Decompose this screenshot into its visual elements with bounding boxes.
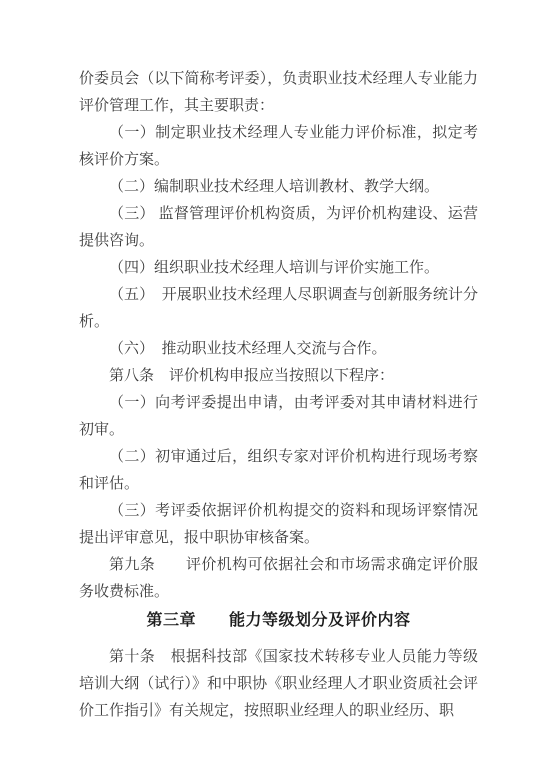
paragraph-duty-6: （六） 推动职业技术经理人交流与合作。: [79, 336, 478, 363]
document-body: 价委员会（以下简称考评委），负责职业技术经理人专业能力评价管理工作，其主要职责：…: [79, 66, 478, 725]
chapter-heading: 第三章 能力等级划分及评价内容: [79, 608, 478, 634]
document-page: 价委员会（以下简称考评委），负责职业技术经理人专业能力评价管理工作，其主要职责：…: [0, 0, 553, 782]
paragraph-duty-2: （二）编制职业技术经理人培训教材、教学大纲。: [79, 174, 478, 201]
paragraph-duty-1: （一）制定职业技术经理人专业能力评价标准，拟定考核评价方案。: [79, 120, 478, 174]
paragraph-article-10: 第十条 根据科技部《国家技术转移专业人员能力等级培训大纲（试行）》和中职协《职业…: [79, 644, 478, 725]
paragraph-duty-3: （三） 监督管理评价机构资质，为评价机构建设、运营提供咨询。: [79, 201, 478, 255]
paragraph-duty-4: （四）组织职业技术经理人培训与评价实施工作。: [79, 255, 478, 282]
paragraph-procedure-1: （一）向考评委提出申请，由考评委对其申请材料进行初审。: [79, 390, 478, 444]
paragraph-continuation: 价委员会（以下简称考评委），负责职业技术经理人专业能力评价管理工作，其主要职责：: [79, 66, 478, 120]
paragraph-article-8: 第八条 评价机构申报应当按照以下程序：: [79, 363, 478, 390]
paragraph-procedure-2: （二）初审通过后，组织专家对评价机构进行现场考察和评估。: [79, 444, 478, 498]
paragraph-duty-5: （五） 开展职业技术经理人尽职调查与创新服务统计分析。: [79, 282, 478, 336]
paragraph-procedure-3: （三）考评委依据评价机构提交的资料和现场评察情况提出评审意见，报中职协审核备案。: [79, 498, 478, 552]
paragraph-article-9: 第九条 评价机构可依据社会和市场需求确定评价服务收费标准。: [79, 552, 478, 606]
